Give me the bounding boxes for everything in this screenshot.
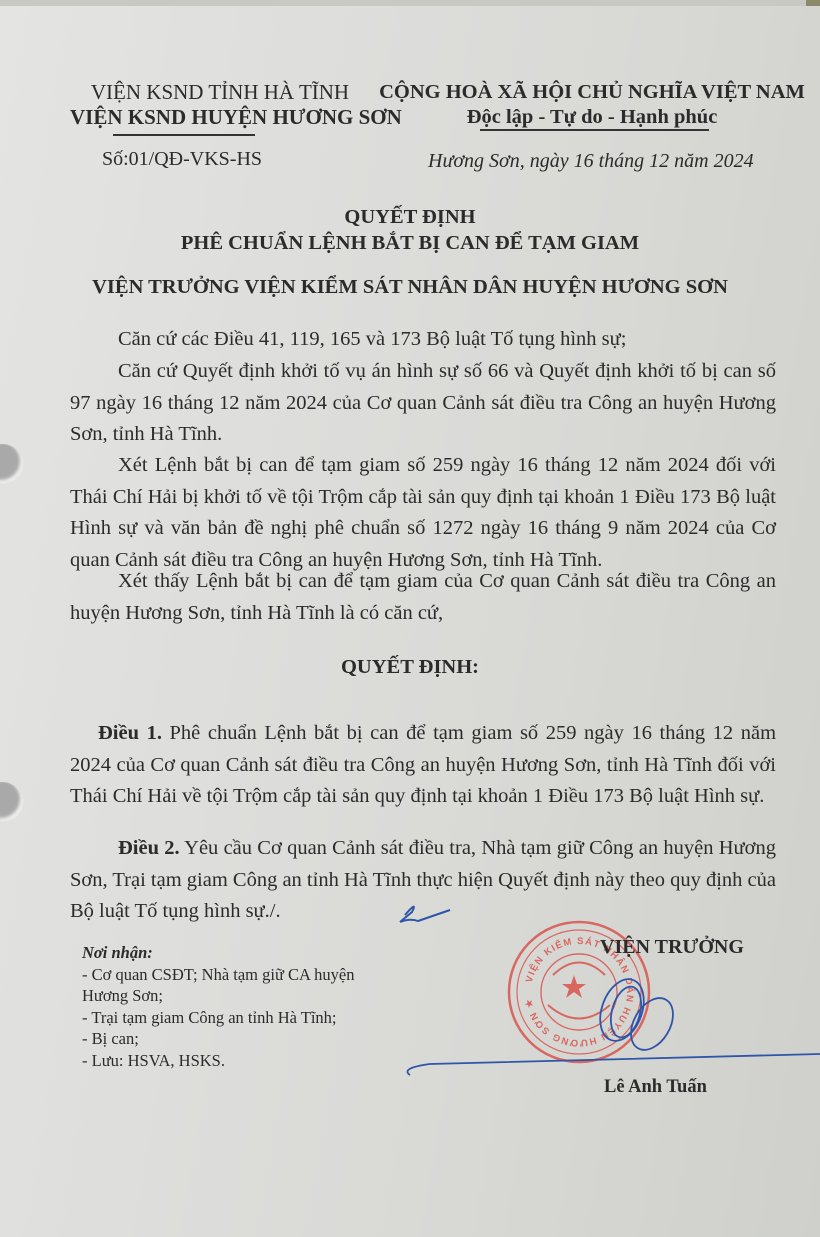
document-number: Số:01/QĐ-VKS-HS xyxy=(102,148,262,171)
article-label: Điều 2. xyxy=(118,837,180,859)
motto-underline xyxy=(480,129,709,131)
recipient-item: - Cơ quan CSĐT; Nhà tạm giữ CA huyện Hươ… xyxy=(82,964,382,1007)
signer-title: VIỆN TRƯỞNG xyxy=(600,936,744,959)
agency-underline xyxy=(113,134,255,136)
photo-background-edge xyxy=(0,0,820,6)
recipient-item: - Lưu: HSVA, HSKS. xyxy=(82,1050,382,1072)
punch-hole xyxy=(0,444,22,482)
preamble-paragraph: Xét Lệnh bắt bị can để tạm giam số 259 n… xyxy=(70,450,776,576)
signature-icon xyxy=(408,973,820,1075)
article-2: Điều 2. Yêu cầu Cơ quan Cảnh sát điều tr… xyxy=(70,833,776,928)
place-date: Hương Sơn, ngày 16 tháng 12 năm 2024 xyxy=(428,150,754,173)
national-motto: Độc lập - Tự do - Hạnh phúc xyxy=(372,104,812,130)
document-title: QUYẾT ĐỊNH xyxy=(0,206,820,229)
national-header: CỘNG HOÀ XÃ HỘI CHỦ NGHĨA VIỆT NAM Độc l… xyxy=(372,80,812,130)
article-text: Phê chuẩn Lệnh bắt bị can để tạm giam số… xyxy=(70,722,776,807)
agency-name: VIỆN KSND HUYỆN HƯƠNG SƠN xyxy=(70,105,370,130)
article-1: Điều 1. Phê chuẩn Lệnh bắt bị can để tạm… xyxy=(70,718,776,813)
punch-hole xyxy=(0,782,22,820)
document-subtitle: PHÊ CHUẨN LỆNH BẮT BỊ CAN ĐỂ TẠM GIAM xyxy=(0,232,820,255)
recipient-item: - Trại tạm giam Công an tỉnh Hà Tĩnh; xyxy=(82,1007,382,1029)
issuing-authority: VIỆN TRƯỞNG VIỆN KIỂM SÁT NHÂN DÂN HUYỆN… xyxy=(0,276,820,299)
recipients-heading: Nơi nhận: xyxy=(82,942,382,964)
preamble-paragraph: Xét thấy Lệnh bắt bị can để tạm giam của… xyxy=(70,566,776,629)
decision-heading: QUYẾT ĐỊNH: xyxy=(0,656,820,679)
photo-background-corner xyxy=(806,0,820,6)
preamble-paragraph: Căn cứ Quyết định khởi tố vụ án hình sự … xyxy=(70,356,776,451)
article-label: Điều 1. xyxy=(98,722,162,744)
agency-parent: VIỆN KSND TỈNH HÀ TĨNH xyxy=(70,80,370,105)
agency-header: VIỆN KSND TỈNH HÀ TĨNH VIỆN KSND HUYỆN H… xyxy=(70,80,370,130)
country-name: CỘNG HOÀ XÃ HỘI CHỦ NGHĨA VIỆT NAM xyxy=(372,80,812,104)
preamble-paragraph: Căn cứ các Điều 41, 119, 165 và 173 Bộ l… xyxy=(70,324,776,356)
recipient-item: - Bị can; xyxy=(82,1028,382,1050)
signer-name: Lê Anh Tuấn xyxy=(604,1077,707,1098)
recipients-block: Nơi nhận: - Cơ quan CSĐT; Nhà tạm giữ CA… xyxy=(82,942,382,1071)
